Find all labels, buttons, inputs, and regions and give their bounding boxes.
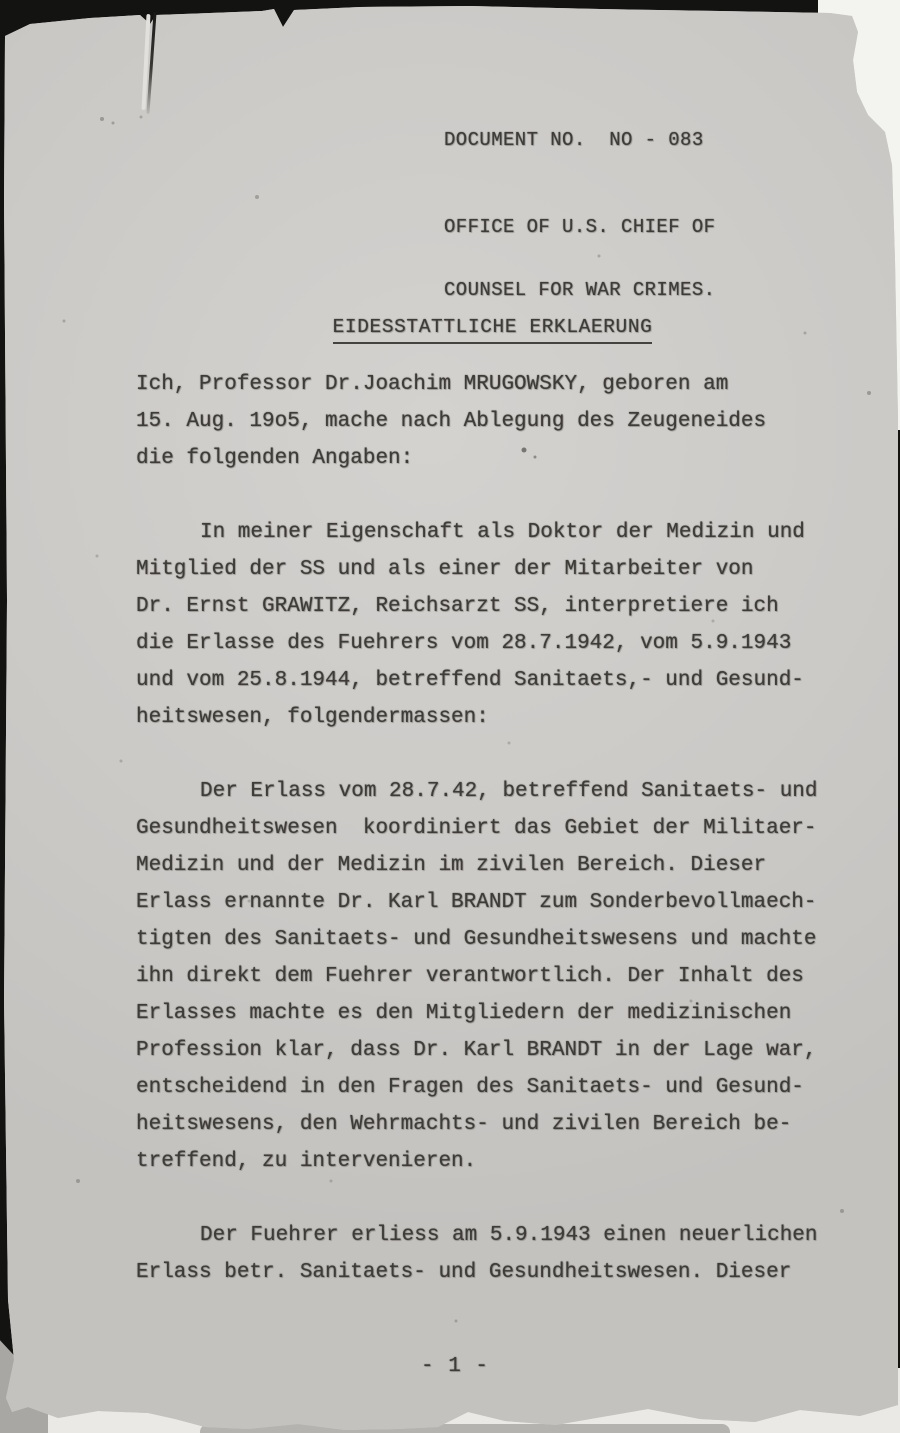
paragraph-2: In meiner Eigenschaft als Doktor der Med…: [136, 514, 836, 736]
document-title-wrap: EIDESSTATTLICHE ERKLAERUNG: [308, 294, 652, 344]
text-line: Der Fuehrer erliess am 5.9.1943 einen ne…: [136, 1217, 836, 1254]
text-line: ihn direkt dem Fuehrer verantwortlich. D…: [136, 958, 836, 995]
text-line: Erlass betr. Sanitaets- und Gesundheitsw…: [136, 1254, 836, 1291]
paragraph-4: Der Fuehrer erliess am 5.9.1943 einen ne…: [136, 1217, 836, 1291]
text-line: Medizin und der Medizin im zivilen Berei…: [136, 847, 836, 884]
text-line: und vom 25.8.1944, betreffend Sanitaets,…: [136, 662, 836, 699]
text-line: die folgenden Angaben:: [136, 440, 836, 477]
paragraph-3: Der Erlass vom 28.7.42, betreffend Sanit…: [136, 773, 836, 1180]
text-line: heitswesen, folgendermassen:: [136, 699, 836, 736]
text-line: Der Erlass vom 28.7.42, betreffend Sanit…: [136, 773, 836, 810]
text-line: entscheidend in den Fragen des Sanitaets…: [136, 1069, 836, 1106]
text-line: die Erlasse des Fuehrers vom 28.7.1942, …: [136, 625, 836, 662]
document-number: DOCUMENT NO. NO - 083: [444, 130, 715, 151]
page-number: - 1 -: [395, 1355, 515, 1378]
text-line: In meiner Eigenschaft als Doktor der Med…: [136, 514, 836, 551]
text-line: Erlass ernannte Dr. Karl BRANDT zum Sond…: [136, 884, 836, 921]
paragraph-1: Ich, Professor Dr.Joachim MRUGOWSKY, geb…: [136, 366, 836, 477]
text-line: Dr. Ernst GRAWITZ, Reichsarzt SS, interp…: [136, 588, 836, 625]
paper-speckles: [0, 0, 2, 2]
text-line: tigten des Sanitaets- und Gesundheitswes…: [136, 921, 836, 958]
document-body: Ich, Professor Dr.Joachim MRUGOWSKY, geb…: [136, 366, 836, 1291]
text-line: Ich, Professor Dr.Joachim MRUGOWSKY, geb…: [136, 366, 836, 403]
document-title: EIDESSTATTLICHE ERKLAERUNG: [333, 316, 653, 344]
document-header: DOCUMENT NO. NO - 083 OFFICE OF U.S. CHI…: [444, 88, 715, 322]
text-line: Profession klar, dass Dr. Karl BRANDT in…: [136, 1032, 836, 1069]
text-line: Erlasses machte es den Mitgliedern der m…: [136, 995, 836, 1032]
text-line: Mitglied der SS und als einer der Mitarb…: [136, 551, 836, 588]
office-line-1: OFFICE OF U.S. CHIEF OF: [444, 217, 715, 238]
text-line: heitswesens, den Wehrmachts- und zivilen…: [136, 1106, 836, 1143]
text-line: treffend, zu intervenieren.: [136, 1143, 836, 1180]
text-line: 15. Aug. 19o5, mache nach Ablegung des Z…: [136, 403, 836, 440]
text-line: Gesundheitswesen koordiniert das Gebiet …: [136, 810, 836, 847]
